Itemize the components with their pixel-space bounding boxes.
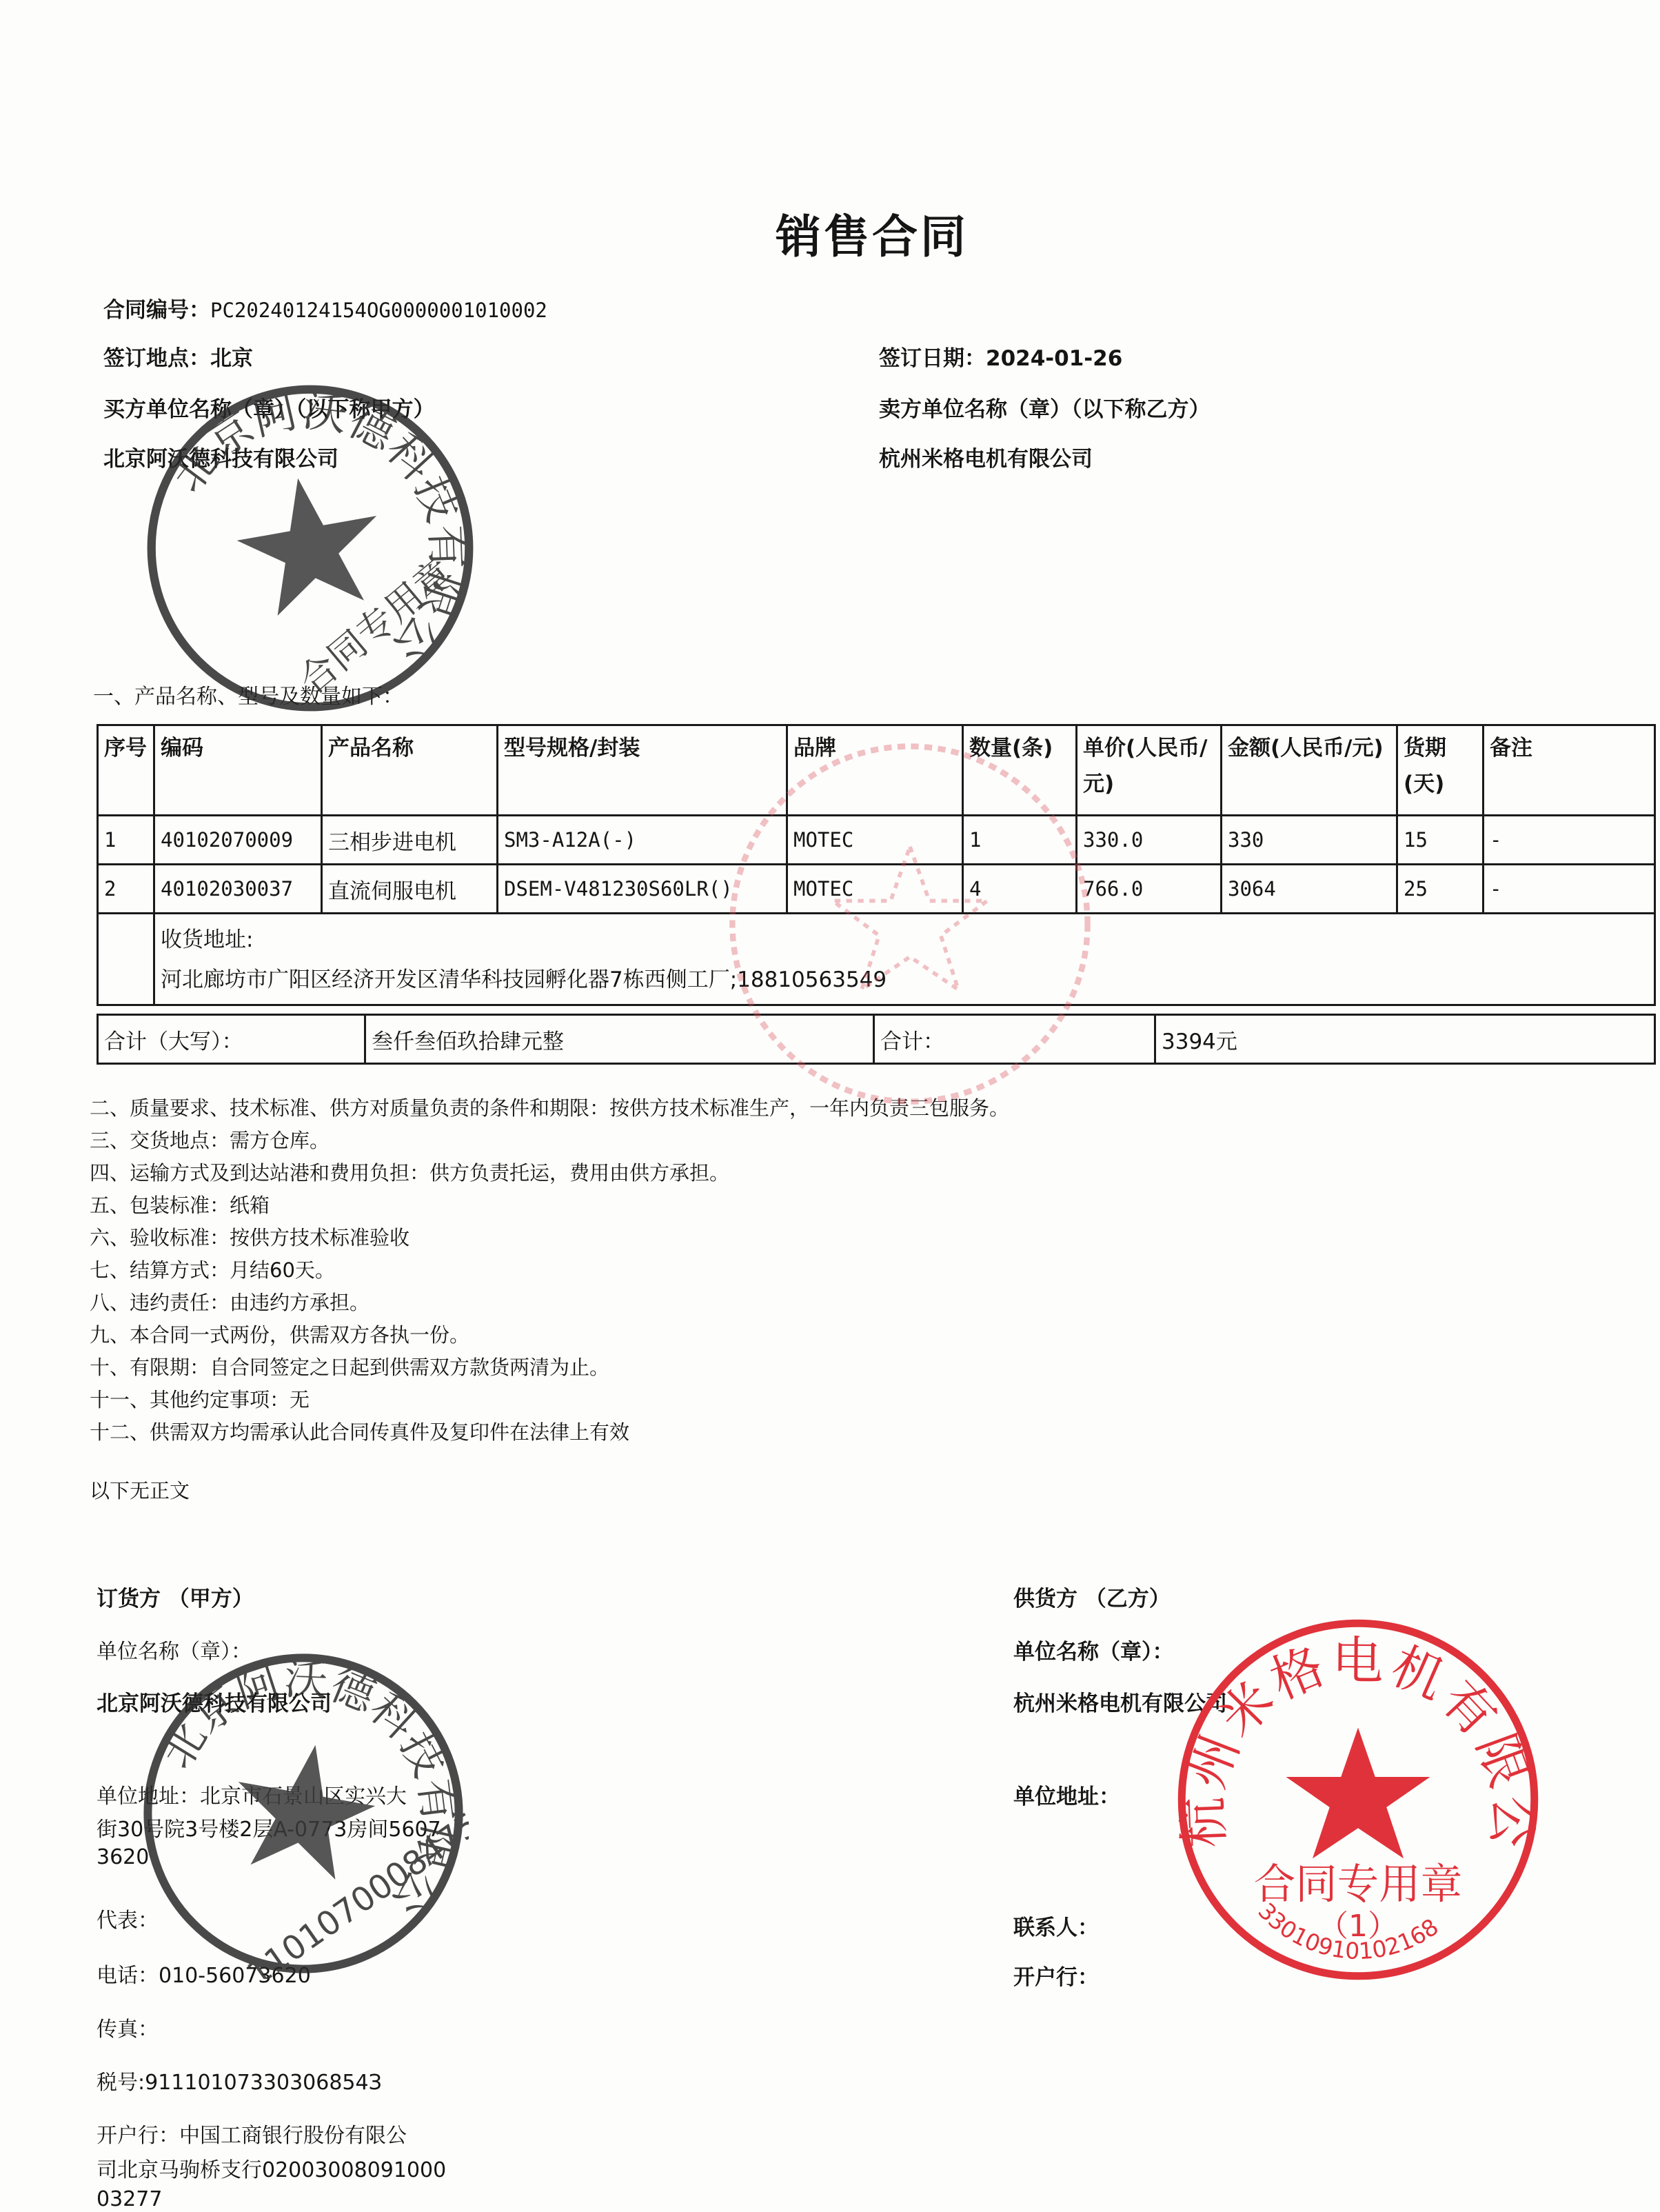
cell-qty: 4 xyxy=(963,865,1077,914)
cell-brand: MOTEC xyxy=(787,816,963,865)
header-lead-days: 货期(天) xyxy=(1397,725,1484,816)
header-name: 产品名称 xyxy=(322,725,498,816)
svg-text:3301091010216​8: 3301091010216​8 xyxy=(1253,1898,1443,1964)
cell-remark: - xyxy=(1484,865,1655,914)
term-8: 八、违约责任：由违约方承担。 xyxy=(90,1287,370,1316)
buyer-unit-name-label: 单位名称（章）： xyxy=(97,1634,252,1665)
cell-lead-days: 25 xyxy=(1397,865,1484,914)
cell-code: 40102070009 xyxy=(154,816,322,865)
sign-place-value: 北京 xyxy=(210,346,253,371)
svg-text:北京阿沃德科技有限公司: 北京阿沃德科技有限公司 xyxy=(141,379,479,683)
buyer-unit-name: 北京阿沃德科技有限公司 xyxy=(97,1686,332,1717)
term-7: 七、结算方式：月结60天。 xyxy=(90,1255,335,1283)
term-5: 五、包装标准：纸箱 xyxy=(90,1190,270,1218)
total-row: 合计（大写）： 叁仟叁佰玖拾肆元整 合计： 3394元 xyxy=(98,1015,1655,1064)
cell-name: 三相步进电机 xyxy=(322,816,498,865)
term-11: 十一、其他约定事项：无 xyxy=(90,1385,310,1413)
buyer-block-heading: 订货方 （甲方） xyxy=(97,1581,254,1612)
end-note: 以下无正文 xyxy=(90,1476,190,1504)
buyer-address-line3: 3620 xyxy=(97,1845,149,1869)
buyer-rep-label: 代表： xyxy=(97,1903,159,1933)
header-code: 编码 xyxy=(154,725,322,816)
buyer-company-seal-top: 北京阿沃德科技有限公司 合同专用章 xyxy=(141,379,479,717)
term-4: 四、运输方式及到达站港和费用负担：供方负责托运，费用由供方承担。 xyxy=(90,1158,729,1186)
term-3: 三、交货地点：需方仓库。 xyxy=(90,1125,330,1154)
seller-name: 杭州米格电机有限公司 xyxy=(879,441,1093,472)
contract-number-label: 合同编号： xyxy=(103,298,210,323)
term-2: 二、质量要求、技术标准、供方对质量负责的条件和期限：按供方技术标准生产，一年内负… xyxy=(90,1093,1009,1121)
cell-qty: 1 xyxy=(963,816,1077,865)
cell-seq: 1 xyxy=(98,816,154,865)
header-amount: 金额(人民币/元) xyxy=(1222,725,1397,816)
buyer-address-line1: 单位地址：北京市石景山区实兴大 xyxy=(97,1779,407,1809)
term-10: 十、有限期：自合同签定之日起到供需双方款货两清为止。 xyxy=(90,1352,609,1380)
total-cn-value: 叁仟叁佰玖拾肆元整 xyxy=(365,1015,874,1064)
buyer-bank-line2: 司北京马驹桥支行0200300809100​0 xyxy=(97,2153,446,2183)
seal-icon: 杭州米格电机有限公司 合同专用章 （1） 3301091010216​8 xyxy=(1168,1610,1548,1989)
seller-bank-label: 开户行： xyxy=(1013,1960,1099,1991)
total-table: 合计（大写）： 叁仟叁佰玖拾肆元整 合计： 3394元 xyxy=(97,1014,1656,1065)
table-row: 1 40102070009 三相步进电机 SM3-A12A(-) MOTEC 1… xyxy=(98,816,1655,865)
buyer-name: 北京阿沃德科技有限公司 xyxy=(103,441,338,472)
cell-amount: 3064 xyxy=(1222,865,1397,914)
cell-model: SM3-A12A(-) xyxy=(498,816,787,865)
sign-date: 签订日期：2024-01-26 xyxy=(879,341,1122,372)
cell-seq: 2 xyxy=(98,865,154,914)
header-seq: 序号 xyxy=(98,725,154,816)
sign-date-value: 2024-01-26 xyxy=(986,346,1122,371)
cell-code: 40102030037 xyxy=(154,865,322,914)
cell-remark: - xyxy=(1484,816,1655,865)
seller-contact-label: 联系人： xyxy=(1013,1910,1099,1941)
address-spacer xyxy=(98,914,154,1005)
svg-text:合同专用章: 合同专用章 xyxy=(1254,1860,1463,1909)
items-table: 序号 编码 产品名称 型号规格/封装 品牌 数量(条) 单价(人民币/元) 金额… xyxy=(97,724,1656,1006)
contract-number-value: PC20240124154OG0000001010002 xyxy=(210,299,547,322)
cell-unit-price: 330.0 xyxy=(1077,816,1222,865)
cell-amount: 330 xyxy=(1222,816,1397,865)
buyer-fax: 传真： xyxy=(97,2012,159,2042)
sign-date-label: 签订日期： xyxy=(879,346,986,371)
seller-unit-name: 杭州米格电机有限公司 xyxy=(1013,1686,1227,1717)
seller-block-heading: 供货方 （乙方） xyxy=(1013,1581,1171,1612)
cell-name: 直流伺服电机 xyxy=(322,865,498,914)
cell-model: DSEM-V481230S60LR() xyxy=(498,865,787,914)
seller-company-seal: 杭州米格电机有限公司 合同专用章 （1） 3301091010216​8 xyxy=(1168,1610,1548,1989)
buyer-tax-no: 税号:91110107330306854З xyxy=(97,2065,382,2095)
term-6: 六、验收标准：按供方技术标准验收 xyxy=(90,1223,409,1251)
seal-icon: 北京阿沃德科技有限公司 合同专用章 xyxy=(141,379,479,717)
delivery-address-value: 河北廊坊市广阳区经济开发区清华科技园孵化器7栋西侧工厂;18810563549 xyxy=(161,960,1648,1000)
cell-lead-days: 15 xyxy=(1397,816,1484,865)
cell-unit-price: 766.0 xyxy=(1077,865,1222,914)
buyer-address-line2: 街30号院3号楼2层A-0773房间5607 xyxy=(97,1812,441,1842)
items-heading: 一、产品名称、型号及数量如下： xyxy=(93,679,403,710)
sign-place: 签订地点：北京 xyxy=(103,341,253,372)
total-value: 3394元 xyxy=(1155,1015,1655,1064)
header-unit-price: 单价(人民币/元) xyxy=(1077,725,1222,816)
term-12: 十二、供需双方均需承认此合同传真件及复印件在法律上有效 xyxy=(90,1417,629,1445)
buyer-bank-line3: 03277 xyxy=(97,2187,162,2211)
document-title: 销售合同 xyxy=(0,200,1660,265)
seller-address-label: 单位地址： xyxy=(1013,1779,1120,1810)
buyer-bank-line1: 开户行：中国工商银行股份有限公 xyxy=(97,2118,407,2149)
seller-label: 卖方单位名称（章）（以下称乙方） xyxy=(879,392,1211,423)
table-header-row: 序号 编码 产品名称 型号规格/封装 品牌 数量(条) 单价(人民币/元) 金额… xyxy=(98,725,1655,816)
header-model: 型号规格/封装 xyxy=(498,725,787,816)
sign-place-label: 签订地点： xyxy=(103,346,210,371)
contract-number: 合同编号：PC20240124154OG0000001010002 xyxy=(103,292,547,323)
seller-unit-name-label: 单位名称（章）： xyxy=(1013,1634,1174,1665)
delivery-address: 收货地址: 河北廊坊市广阳区经济开发区清华科技园孵化器7栋西侧工厂;188105… xyxy=(154,914,1655,1005)
table-row: 2 40102030037 直流伺服电机 DSEM-V481230S60LR()… xyxy=(98,865,1655,914)
buyer-phone: 电话：010-56073620 xyxy=(97,1958,311,1989)
cell-brand: MOTEC xyxy=(787,865,963,914)
term-9: 九、本合同一式两份，供需双方各执一份。 xyxy=(90,1320,469,1348)
address-row: 收货地址: 河北廊坊市广阳区经济开发区清华科技园孵化器7栋西侧工厂;188105… xyxy=(98,914,1655,1005)
total-cn-label: 合计（大写）： xyxy=(98,1015,365,1064)
delivery-address-label: 收货地址: xyxy=(161,920,1648,960)
svg-text:（1）: （1） xyxy=(1318,1909,1398,1944)
header-remark: 备注 xyxy=(1484,725,1655,816)
svg-text:杭州米格电机有限公司: 杭州米格电机有限公司 xyxy=(1168,1610,1543,1853)
total-label: 合计： xyxy=(874,1015,1155,1064)
header-qty: 数量(条) xyxy=(963,725,1077,816)
header-brand: 品牌 xyxy=(787,725,963,816)
buyer-label: 买方单位名称（章）（以下称甲方） xyxy=(103,392,435,423)
